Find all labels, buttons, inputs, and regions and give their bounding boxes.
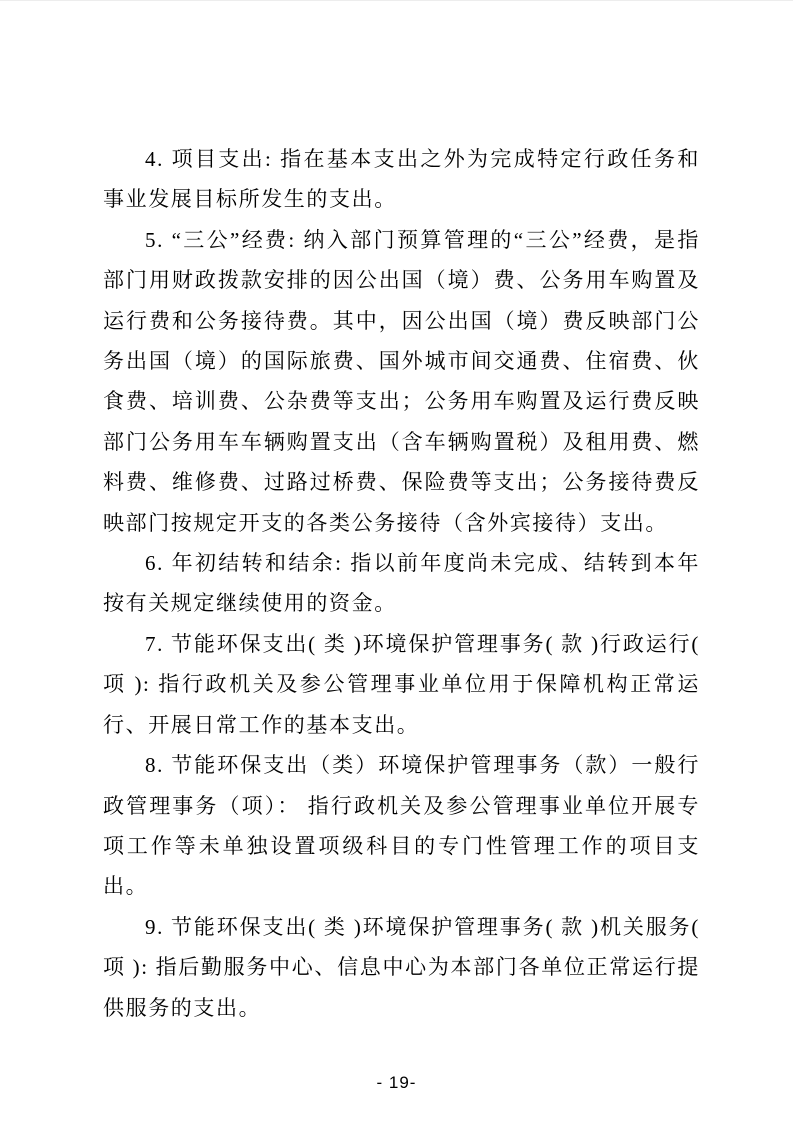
page-number: - 19- <box>0 1073 793 1093</box>
document-page: 4. 项目支出: 指在基本支出之外为完成特定行政任务和事业发展目标所发生的支出。… <box>0 0 793 1123</box>
paragraph-item-7: 7. 节能环保支出( 类 )环境保护管理事务( 款 )行政运行( 项 ): 指行… <box>103 624 700 745</box>
paragraph-item-5: 5. “三公”经费: 纳入部门预算管理的“三公”经费，是指部门用财政拨款安排的因… <box>103 220 700 543</box>
paragraph-item-8: 8. 节能环保支出（类）环境保护管理事务（款）一般行政管理事务（项）： 指行政机… <box>103 745 700 907</box>
paragraph-item-6: 6. 年初结转和结余: 指以前年度尚未完成、结转到本年按有关规定继续使用的资金。 <box>103 543 700 624</box>
paragraph-item-4: 4. 项目支出: 指在基本支出之外为完成特定行政任务和事业发展目标所发生的支出。 <box>103 139 700 220</box>
document-body: 4. 项目支出: 指在基本支出之外为完成特定行政任务和事业发展目标所发生的支出。… <box>103 139 700 1028</box>
paragraph-item-9: 9. 节能环保支出( 类 )环境保护管理事务( 款 )机关服务( 项 ): 指后… <box>103 907 700 1028</box>
